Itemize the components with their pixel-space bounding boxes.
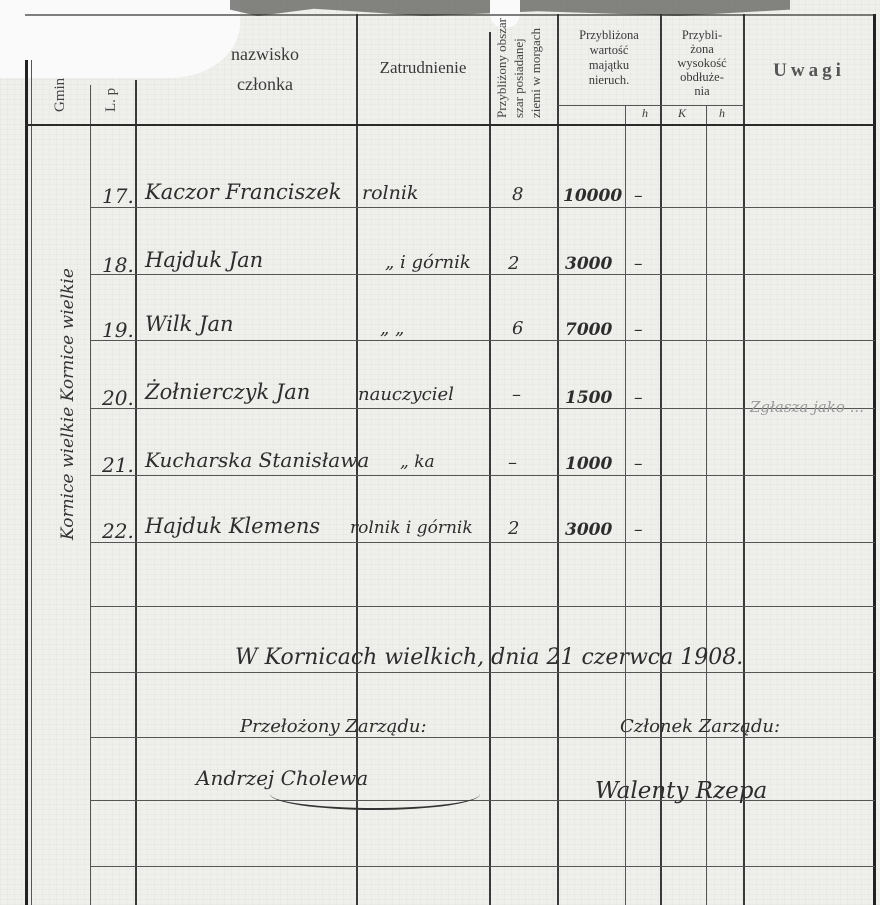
row-land: –: [512, 384, 521, 405]
row-value: 1000: [565, 454, 612, 474]
header-text: nieruch.: [558, 73, 660, 88]
row-line: [90, 475, 875, 476]
row-line: [90, 542, 875, 543]
row-land: 2: [508, 518, 519, 539]
grid-line: [135, 80, 137, 905]
row-employment: „ i górnik: [385, 252, 471, 273]
place-date: W Kornicach wielkich, dnia 21 czerwca 19…: [235, 645, 743, 670]
row-land: 8: [512, 184, 523, 205]
row-lp: 19.: [102, 318, 134, 342]
grid-line: [489, 32, 491, 905]
row-name: Żołnierczyk Jan: [145, 380, 310, 404]
header-remarks: Uwagi: [744, 60, 874, 82]
header-text: wysokość: [661, 56, 743, 70]
header-property-value: Przybliżona wartość majątku nieruch.: [558, 28, 660, 88]
row-value-h: –: [634, 454, 643, 474]
row-value: 10000: [563, 186, 622, 206]
right-border: [873, 14, 876, 905]
row-value: 7000: [565, 320, 612, 340]
row-value: 3000: [565, 520, 612, 540]
header-text: Przybliżona: [558, 28, 660, 43]
row-line: [90, 606, 875, 607]
header-employment: Zatrudnienie: [357, 58, 489, 78]
row-lp: 20.: [102, 386, 134, 410]
row-line: [90, 274, 875, 275]
grid-line: [743, 14, 745, 905]
top-border: [25, 14, 875, 16]
header-name-line1: nazwisko: [180, 44, 350, 65]
torn-corner: [0, 0, 240, 78]
row-value-h: –: [634, 186, 643, 206]
header-property-h: h: [635, 106, 655, 121]
row-value-h: –: [634, 320, 643, 340]
row-lp: 17.: [102, 184, 134, 208]
grid-line: [660, 14, 662, 905]
row-land: 6: [512, 318, 523, 339]
row-lp: 18.: [102, 253, 134, 277]
row-line: [90, 340, 875, 341]
row-employment: „ „: [380, 318, 404, 339]
row-value-h: –: [634, 388, 643, 408]
row-value: 1500: [565, 388, 612, 408]
left-border: [25, 60, 28, 905]
header-land-1: Przybliżony obszar: [494, 18, 510, 118]
row-employment: nauczyciel: [358, 384, 454, 405]
signature-right-name: Walenty Rzepa: [595, 778, 767, 804]
grid-line: [90, 85, 91, 905]
signature-left-title: Przełożony Zarządu:: [240, 716, 427, 737]
header-debt-k: K: [672, 106, 692, 121]
row-lp: 21.: [102, 453, 134, 477]
row-land: 2: [508, 253, 519, 274]
row-line: [90, 672, 875, 673]
row-name: Hajduk Jan: [145, 248, 263, 272]
row-name: Hajduk Klemens: [145, 514, 320, 538]
row-line: [90, 207, 875, 208]
row-employment: rolnik i górnik: [350, 518, 473, 538]
header-land-3: ziemi w morgach: [528, 28, 544, 118]
header-name-line2: członka: [180, 74, 350, 95]
row-land: –: [508, 452, 517, 473]
header-text: Przybli-: [661, 28, 743, 42]
row-employment: rolnik: [362, 182, 418, 204]
municipality-vertical: Kornice wielkie Kornice wielkie: [58, 268, 78, 540]
header-text: nia: [661, 84, 743, 98]
row-value: 3000: [565, 254, 612, 274]
row-name: Kaczor Franciszek: [145, 180, 342, 204]
row-employment: „ ka: [400, 452, 435, 472]
header-lp: L. p: [103, 88, 120, 112]
header-text: obdłuże-: [661, 70, 743, 84]
header-text: wartość: [558, 43, 660, 58]
row-value-h: –: [634, 520, 643, 540]
row-line: [90, 866, 875, 867]
signature-right-title: Członek Zarządu:: [620, 716, 780, 737]
header-debt-h: h: [712, 106, 732, 121]
row-name: Kucharska Stanisława: [145, 448, 369, 472]
row-lp: 22.: [102, 519, 134, 543]
signature-flourish: [270, 778, 480, 810]
header-bottom-line: [25, 124, 875, 126]
row-line: [90, 737, 875, 738]
header-gmina: Gmin: [52, 78, 69, 112]
row-name: Wilk Jan: [145, 312, 234, 336]
row-value-h: –: [634, 254, 643, 274]
grid-line: [557, 14, 559, 905]
header-text: żona: [661, 42, 743, 56]
header-text: majątku: [558, 58, 660, 73]
header-land-2: szar posiadanej: [511, 38, 527, 118]
grid-line: [31, 60, 32, 905]
header-debt: Przybli- żona wysokość obdłuże- nia: [661, 28, 743, 98]
remarks-note: Zgłasza jako ...: [750, 398, 864, 416]
